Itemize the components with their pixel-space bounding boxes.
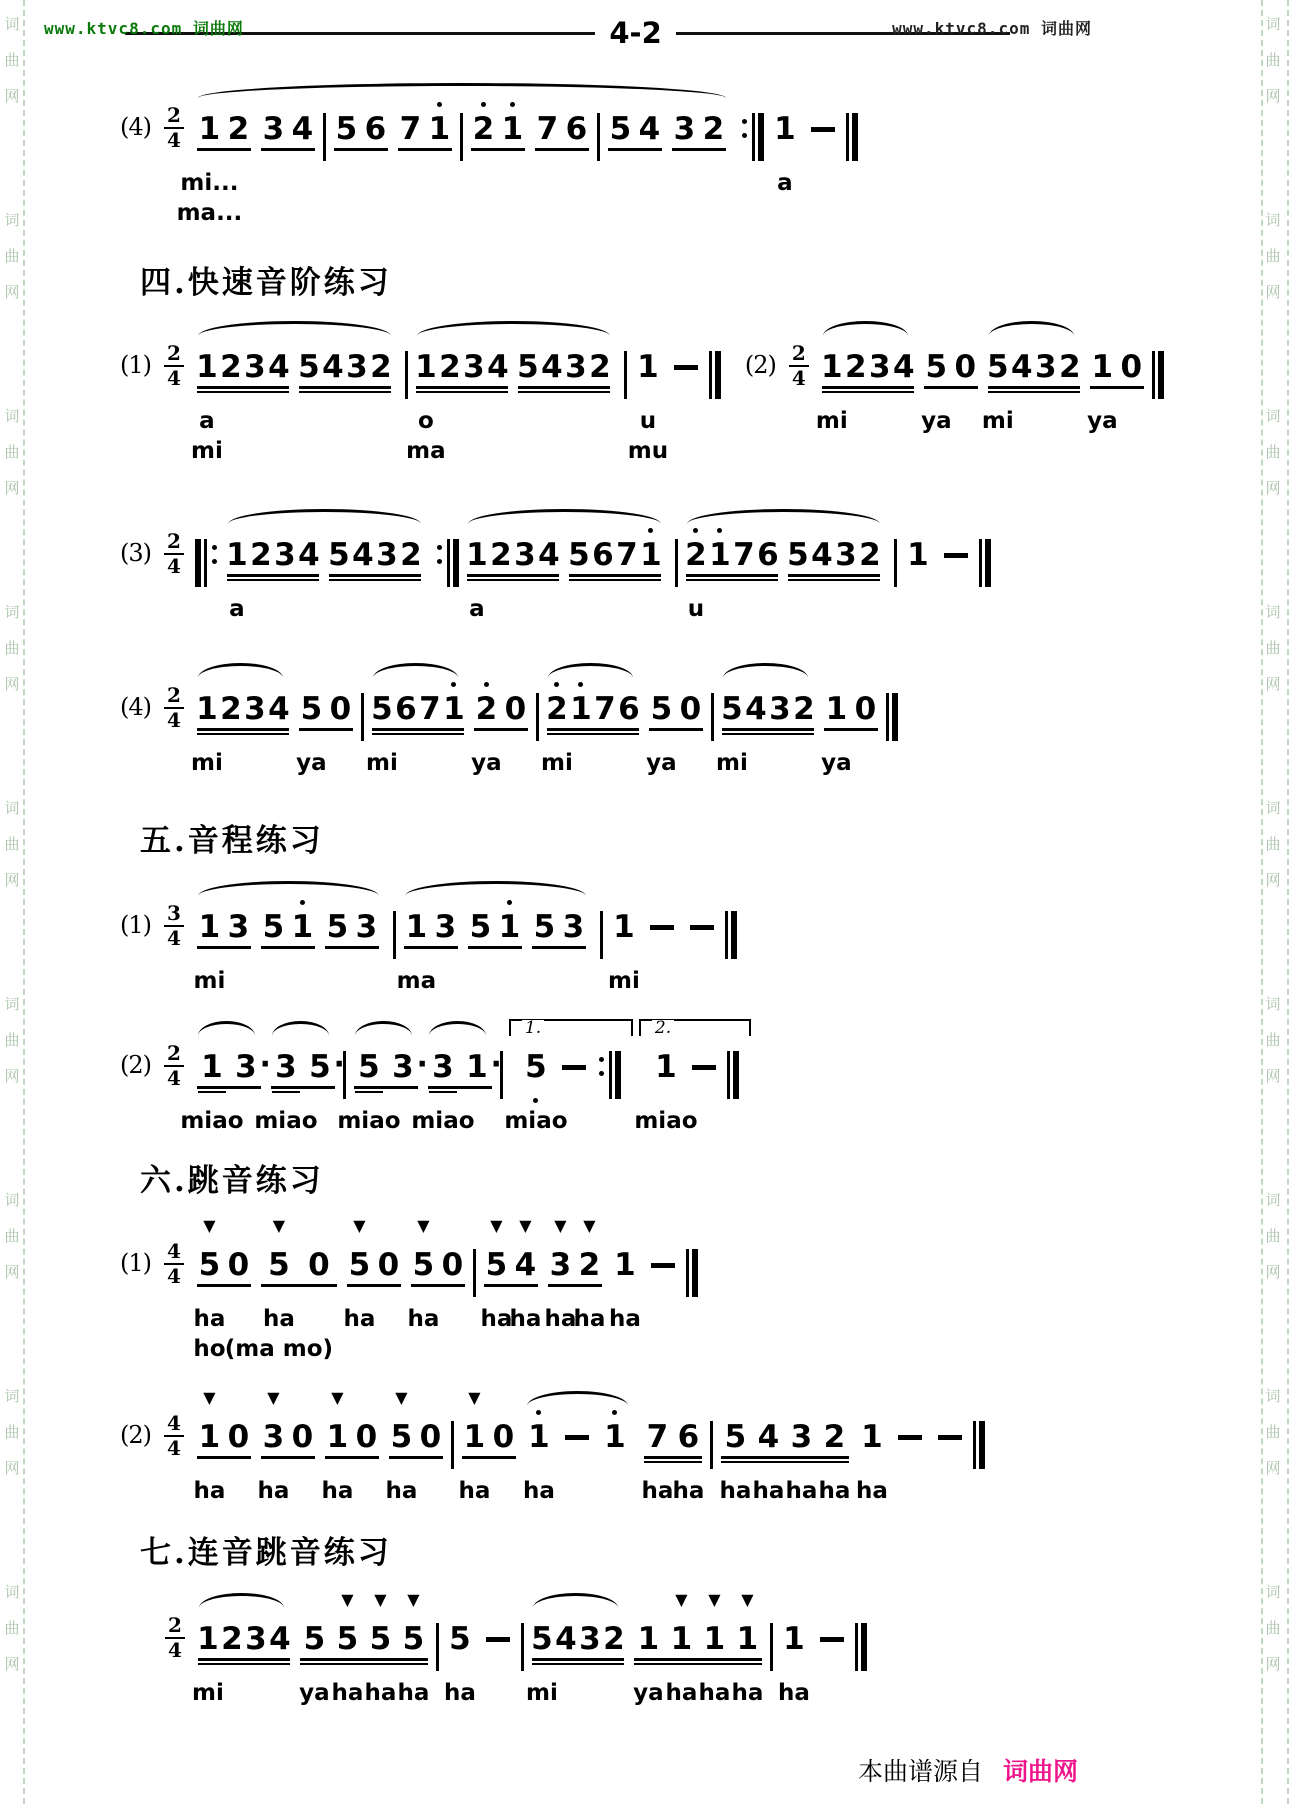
lyric-syllable [600, 1476, 630, 1506]
octave-dot-low [524, 1464, 554, 1476]
note-digit: 0 [224, 1419, 253, 1455]
note-group: ▼▼▼1111yahahaha [632, 1590, 764, 1708]
beam-line [532, 1658, 624, 1661]
lyric-syllable: ha [364, 1678, 397, 1708]
note-digit: 1 [820, 349, 844, 385]
duration-dash [645, 878, 679, 996]
dash-mark [690, 925, 714, 930]
octave-dot-high [332, 98, 361, 111]
note-digit: 2 [792, 691, 816, 727]
octave-dot-low [530, 954, 559, 966]
note-group: 1mi [609, 878, 639, 996]
octave-dot-high [387, 1406, 416, 1419]
note-group: 34 [259, 80, 317, 228]
octave-dot-low [224, 954, 253, 966]
octave-dot-high [564, 336, 588, 349]
lyric-syllable [352, 966, 381, 996]
note-digit: 4 [635, 111, 664, 147]
lyric-syllable [259, 168, 288, 198]
note-digit: 1 [698, 1621, 731, 1657]
octave-dot-high [810, 524, 834, 537]
lyric-syllable [1088, 436, 1117, 466]
octave-dot-low [374, 1292, 403, 1304]
octave-dot-low [834, 582, 858, 594]
lyric-syllable: ha [779, 1678, 809, 1708]
octave-dot-high [375, 524, 399, 537]
note-digit: 4 [540, 349, 564, 385]
octave-dot-low [426, 1094, 460, 1106]
lyric-syllable: mu [633, 436, 663, 466]
beam-line [428, 1086, 492, 1089]
lyric-syllable [635, 168, 664, 198]
note-digit: 5 [567, 537, 591, 573]
lyric-syllable: ya [647, 748, 676, 778]
note-digit: 3· [386, 1049, 420, 1085]
note-digit: 5 [195, 1247, 224, 1283]
octave-dot-low [670, 156, 699, 168]
lyric-syllable [495, 966, 524, 996]
octave-dot-low [858, 582, 882, 594]
lyric-syllable [438, 1304, 467, 1334]
time-signature: 24 [784, 318, 814, 466]
note-digit: 2 [438, 349, 462, 385]
octave-dot-low [244, 1666, 268, 1678]
note-group: 31·miao [426, 1018, 494, 1136]
octave-dot-high [438, 1234, 467, 1247]
octave-dot-high [684, 524, 708, 537]
section-title: 五.音程练习 [140, 820, 1290, 862]
note-digit: 4 [511, 1247, 540, 1283]
octave-dot-high [352, 1406, 381, 1419]
octave-dot-high [224, 1234, 253, 1247]
lyric-syllable [259, 198, 288, 228]
octave-dot-low [288, 156, 317, 168]
staccato-wedge-icon [297, 660, 326, 678]
section-title: 七.连音跳音练习 [140, 1532, 1290, 1574]
note-digit: 6 [361, 111, 390, 147]
octave-dot-high [818, 1406, 851, 1419]
octave-dot-low [564, 394, 588, 406]
octave-dot-high [259, 98, 288, 111]
lyric-syllable: ha [331, 1678, 364, 1708]
exercise-number: (4) [118, 80, 153, 228]
lyric-syllable: ha [397, 1678, 430, 1708]
octave-dot-high [731, 1608, 764, 1621]
octave-dot-low [219, 736, 243, 748]
lyric-syllable [533, 168, 562, 198]
lyric-syllable [224, 168, 253, 198]
octave-dot-low [297, 394, 321, 406]
beam-line [299, 386, 391, 389]
beam-line [198, 1091, 226, 1094]
note-digit: 1 [195, 691, 219, 727]
staccato-wedge-icon [352, 1388, 381, 1406]
staccato-wedge-icon [785, 1388, 818, 1406]
lyric-syllable [903, 594, 933, 624]
lyric-syllable: ma [414, 436, 438, 466]
octave-dot-high [396, 98, 425, 111]
note-group: 2176mi [545, 660, 641, 778]
music-system: (4)241234mi50ya5671mi20ya2176mi50ya5432m… [118, 660, 1290, 778]
lyric-syllable [567, 594, 591, 624]
note-digit: 5· [303, 1049, 337, 1085]
beam-line [988, 391, 1080, 394]
lyric-syllable [606, 198, 635, 228]
barline-single [323, 80, 326, 228]
note-group: 10ya [822, 660, 880, 778]
note-digit: 3 [670, 111, 699, 147]
octave-dot-high [606, 98, 635, 111]
octave-dot-high [249, 524, 273, 537]
octave-dot-high [851, 678, 880, 691]
note-digit: 1 [495, 909, 524, 945]
octave-dot-high [288, 896, 317, 909]
dash-mark [820, 1637, 844, 1642]
note-digit: 4 [351, 537, 375, 573]
note-digit: 1 [288, 909, 317, 945]
exercise-number: (2) [118, 1388, 153, 1506]
note-digit: 1 [524, 1419, 554, 1455]
beam-line [329, 574, 421, 577]
lyric-syllable [244, 1678, 268, 1708]
slur-span: 13mi5153 [195, 878, 387, 996]
octave-dot-high [345, 1234, 374, 1247]
exercise-number: (4) [118, 660, 153, 778]
lyric-syllable [418, 748, 442, 778]
octave-dot-high [785, 1406, 818, 1419]
note-group: 5432 [516, 318, 612, 466]
note-digit: 5 [786, 537, 810, 573]
lyric-syllable: ha [387, 1476, 416, 1506]
octave-dot-low [851, 736, 880, 748]
lyric-syllable: ya [472, 748, 501, 778]
note-group: ▼50ha(ma mo) [259, 1216, 339, 1364]
note-group: 5671mi [370, 660, 466, 778]
octave-dot-low [567, 582, 591, 594]
octave-dot-high [219, 336, 243, 349]
note-digit: 4 [297, 537, 321, 573]
beam-line [227, 579, 319, 582]
octave-dot-high [756, 524, 780, 537]
octave-dot-low [495, 954, 524, 966]
staccato-wedge-icon [922, 318, 951, 336]
note-digit: 2 [219, 349, 243, 385]
lyric-syllable [297, 406, 321, 436]
octave-dot-high [323, 1406, 352, 1419]
staccato-wedge-icon: ▼ [665, 1590, 698, 1608]
octave-dot-high [369, 336, 393, 349]
octave-dot-high [516, 336, 540, 349]
note-digit: 2 [602, 1621, 626, 1657]
octave-dot-high [1088, 336, 1117, 349]
note-digit: 7 [732, 537, 756, 573]
octave-dot-high [676, 678, 705, 691]
staccato-wedge-icon [609, 878, 639, 896]
note-digit: 3 [768, 691, 792, 727]
lyric-syllable [546, 1334, 575, 1364]
barline-endrpt [435, 506, 459, 624]
time-signature: 24 [160, 1590, 190, 1708]
octave-dot-high [352, 1036, 386, 1049]
note-digit: 5 [986, 349, 1010, 385]
octave-dot-high [364, 1608, 397, 1621]
octave-dot-low [513, 582, 537, 594]
note-digit: 1 [569, 691, 593, 727]
beam-line [329, 579, 421, 582]
lyric-syllable: ha [673, 1476, 704, 1506]
lyric-syllable [303, 1106, 337, 1136]
octave-dot-low [818, 1464, 851, 1476]
lyric-syllable [369, 406, 393, 436]
barline-single [361, 660, 364, 778]
lyric-syllable [267, 748, 291, 778]
note-group: 54 [606, 80, 664, 228]
lyric-syllable [639, 594, 663, 624]
note-group: 50ya [297, 660, 355, 778]
octave-dot [648, 528, 653, 533]
octave-dot-low [1034, 394, 1058, 406]
octave-dot-low [593, 736, 617, 748]
note-digit: 1 [600, 1419, 630, 1455]
octave-dot-high [610, 1234, 640, 1247]
octave-dot-low [602, 1666, 626, 1678]
octave-dot-high [575, 1234, 604, 1247]
octave-dot-low [606, 156, 635, 168]
barline-single [393, 878, 396, 996]
note-digit: 1 [460, 1419, 489, 1455]
repeat-dots [437, 545, 442, 564]
octave-dot-high [530, 1608, 554, 1621]
lyric-syllable [868, 406, 892, 436]
beam-line [788, 574, 880, 577]
beam-line [261, 148, 315, 151]
lyric-syllable [533, 198, 562, 228]
octave-dot-low [1088, 394, 1117, 406]
note-group: ▼10ha [195, 1388, 253, 1506]
octave-dot-low [844, 394, 868, 406]
octave-dot-low [195, 1292, 224, 1304]
note-digit: 1 [903, 537, 933, 573]
lyric-syllable [486, 406, 510, 436]
beam-line [634, 1663, 762, 1666]
note-group: ▼30ha [259, 1388, 317, 1506]
octave-dot-low [370, 736, 394, 748]
lyric-syllable [259, 966, 288, 996]
octave-dot-high [269, 1036, 303, 1049]
lyric-syllable [469, 198, 498, 228]
note-digit: 3 [546, 1247, 575, 1283]
note-digit: 1 [708, 537, 732, 573]
octave-dot-low [425, 156, 454, 168]
octave-dot-low [267, 394, 291, 406]
octave-dot-low [418, 736, 442, 748]
octave-dot-low [545, 736, 569, 748]
lyric-syllable [267, 436, 291, 466]
lyric-syllable: miao [269, 1106, 303, 1136]
barline-final [973, 1388, 985, 1506]
note-group: ▼50ha [345, 1216, 403, 1364]
note-digit: 5 [397, 1621, 430, 1657]
lyric-syllable [1034, 436, 1058, 466]
beam-line [721, 1456, 849, 1459]
credit-note: 本曲谱源自词曲网 [858, 1752, 1078, 1788]
lyric-syllable [559, 966, 588, 996]
site-url: www.ktvc8.com [892, 19, 1030, 38]
note-digit: 2 [224, 111, 253, 147]
octave-dot-high [321, 336, 345, 349]
barline-single [624, 318, 627, 466]
note-digit: 1 [425, 111, 454, 147]
credit-site-link[interactable]: 词曲网 [1003, 1757, 1078, 1786]
note-digit: 6 [756, 537, 780, 573]
octave-dot-low [386, 1094, 420, 1106]
octave-dot-high [469, 98, 498, 111]
octave-dot-low [352, 1464, 381, 1476]
octave-dot-low [438, 394, 462, 406]
note-group: 1ha [610, 1216, 640, 1364]
octave-dot [484, 682, 489, 687]
beam-line [532, 946, 586, 949]
octave-dot-high [224, 98, 253, 111]
lyric-syllable [770, 198, 800, 228]
note-digit: 1 [442, 691, 466, 727]
exercise-number: (3) [118, 506, 153, 624]
octave-dot-high [498, 98, 527, 111]
octave-dot-high [273, 524, 297, 537]
staccato-wedge-icon: ▼ [482, 1216, 511, 1234]
note-digit: 5 [345, 1247, 374, 1283]
lyric-syllable [375, 594, 399, 624]
barline-single [460, 80, 463, 228]
staccato-wedge-icon [857, 1388, 887, 1406]
octave-dot-high [326, 678, 355, 691]
octave-dot-high [297, 524, 321, 537]
beam-line [644, 1461, 702, 1464]
note-digit: 3 [564, 349, 588, 385]
octave-dot-high [195, 1406, 224, 1419]
duration-dash [669, 318, 703, 466]
beam-line [197, 391, 289, 394]
lyric-syllable [1034, 406, 1058, 436]
octave-dot-low [591, 582, 615, 594]
note-digit: 2 [219, 691, 243, 727]
staccato-wedge-icon: ▼ [345, 1216, 374, 1234]
octave-dot-low [779, 1666, 809, 1678]
octave-dot-low [785, 1464, 818, 1476]
octave-dot-high [489, 1406, 518, 1419]
octave-dot-high [545, 678, 569, 691]
slur-span: 1ha1 [524, 1388, 636, 1506]
octave-dot-high [244, 1608, 268, 1621]
octave-dot-high [533, 98, 562, 111]
dash-mark [898, 1435, 922, 1440]
lyric-syllable [606, 168, 635, 198]
lyric-syllable [732, 594, 756, 624]
octave-dot-high [635, 98, 664, 111]
note-digit: 1 [465, 537, 489, 573]
lyric-syllable [851, 748, 880, 778]
note-digit: 3 [375, 537, 399, 573]
lyric-syllable [374, 1304, 403, 1334]
lyric-syllable [288, 966, 317, 996]
octave-dot-high [224, 896, 253, 909]
lyric-syllable [462, 406, 486, 436]
note-digit: 0 [1117, 349, 1146, 385]
octave-dot-low [578, 1666, 602, 1678]
lyric-syllable: ha [409, 1304, 438, 1334]
lyric-syllable: u [633, 406, 663, 436]
barline-single [770, 1590, 773, 1708]
note-group: 1ha [857, 1388, 887, 1506]
dash-mark [486, 1637, 510, 1642]
octave-dot-high [647, 678, 676, 691]
beam-line [300, 1658, 428, 1661]
note-digit: 2 [844, 349, 868, 385]
note-digit: 5 [466, 909, 495, 945]
lyric-syllable: ha [719, 1476, 752, 1506]
octave-dot-high [530, 896, 559, 909]
lyric-syllable [1058, 436, 1082, 466]
slur-span: 1234a5432 [225, 506, 429, 624]
lyric-syllable [224, 1304, 253, 1334]
slur-span: 1234a5671 [465, 506, 669, 624]
beam-line [569, 574, 661, 577]
lyric-syllable: miao [352, 1106, 386, 1136]
octave-dot-high [858, 524, 882, 537]
note-digit: 3 [345, 349, 369, 385]
lyric-syllable: ya [822, 748, 851, 778]
beam-line [474, 728, 528, 731]
note-digit: 1 [633, 349, 663, 385]
note-digit: 0 [374, 1247, 403, 1283]
lyric-syllable [288, 168, 317, 198]
beam-line [518, 386, 610, 389]
note-digit: 4 [752, 1419, 785, 1455]
octave-dot-low [810, 582, 834, 594]
note-digit: 7 [642, 1419, 673, 1455]
lyric-syllable [670, 168, 699, 198]
duration-dash [893, 1388, 927, 1506]
duration-dash [806, 80, 840, 228]
note-group: 50ya [647, 660, 705, 778]
lyric-syllable [892, 406, 916, 436]
octave-dot-low [345, 394, 369, 406]
lyric-syllable: mi [195, 436, 219, 466]
lyric-syllable [562, 198, 591, 228]
barline-single [436, 1590, 439, 1708]
note-digit: 0 [288, 1419, 317, 1455]
lyric-syllable: ha [546, 1304, 575, 1334]
staccato-wedge-icon [851, 660, 880, 678]
note-group: 21 [469, 80, 527, 228]
lyric-syllable [243, 406, 267, 436]
duration-dash [685, 878, 719, 996]
octave-dot-high [489, 524, 513, 537]
octave-dot-high [546, 1234, 575, 1247]
octave-dot [578, 682, 583, 687]
octave-dot-high [297, 336, 321, 349]
lyric-syllable [442, 748, 466, 778]
beam-line [389, 1456, 443, 1459]
octave-dot-low [537, 582, 561, 594]
note-digit: 2 [249, 537, 273, 573]
lyric-syllable: ha [610, 1304, 640, 1334]
lyric-syllable [321, 436, 345, 466]
note-digit: 1 [1088, 349, 1117, 385]
note-digit: 2 [1058, 349, 1082, 385]
note-group: ▼10ha [323, 1388, 381, 1506]
watermark-char: 词 [1265, 14, 1280, 34]
